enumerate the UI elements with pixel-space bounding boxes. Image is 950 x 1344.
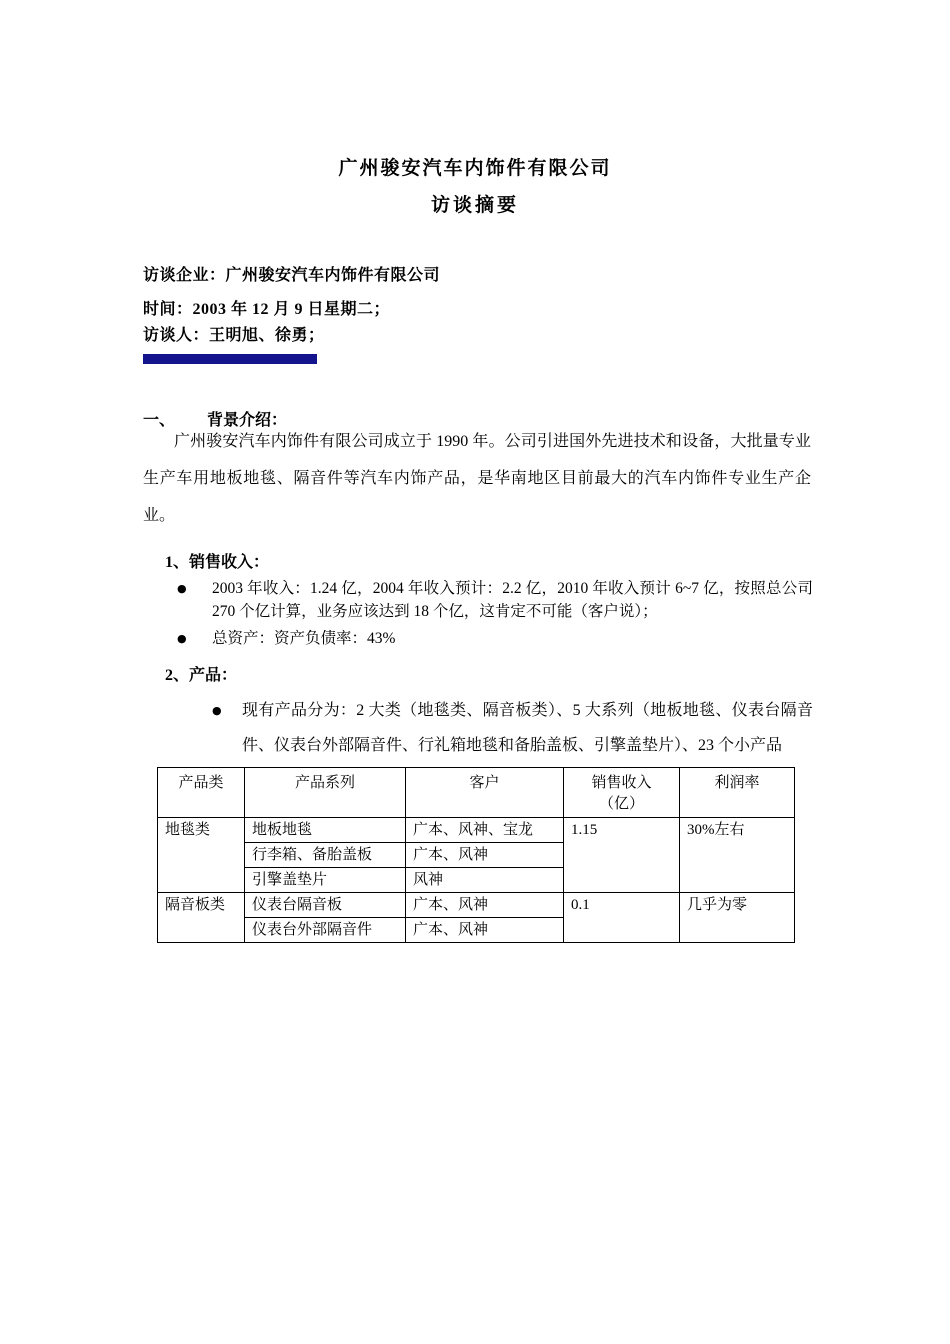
header-revenue-line2: （亿） — [564, 794, 679, 815]
cell-series: 地板地毯 — [245, 818, 406, 843]
cell-series: 引擎盖垫片 — [245, 868, 406, 893]
bullet-icon: ● — [212, 693, 242, 728]
list-item-text: 现有产品分为：2 大类（地毯类、隔音板类）、5 大系列（地板地毯、仪表台隔音件、… — [242, 693, 813, 763]
list-item: ● 2003 年收入：1.24 亿，2004 年收入预计：2.2 亿，2010 … — [177, 577, 813, 623]
product-table: 产品类 产品系列 客户 销售收入 （亿） 利润率 地毯类 地板地毯 广本、风神、… — [157, 767, 795, 943]
list-item-text: 总资产：资产负债率：43% — [212, 627, 813, 650]
cell-series: 仪表台外部隔音件 — [245, 918, 406, 943]
list-item-text: 2003 年收入：1.24 亿，2004 年收入预计：2.2 亿，2010 年收… — [212, 577, 813, 623]
table-header-row: 产品类 产品系列 客户 销售收入 （亿） 利润率 — [158, 768, 795, 818]
header-series: 产品系列 — [245, 768, 406, 818]
products-bullet-item: ● 现有产品分为：2 大类（地毯类、隔音板类）、5 大系列（地板地毯、仪表台隔音… — [212, 693, 813, 763]
revenue-bullet-list: ● 2003 年收入：1.24 亿，2004 年收入预计：2.2 亿，2010 … — [177, 577, 813, 650]
cell-category: 隔音板类 — [158, 893, 245, 943]
cell-customers: 广本、风神 — [406, 893, 564, 918]
intro-paragraph: 广州骏安汽车内饰件有限公司成立于 1990 年。公司引进国外先进技术和设备，大批… — [143, 423, 811, 534]
cell-customers: 广本、风神 — [406, 843, 564, 868]
cell-series: 仪表台隔音板 — [245, 893, 406, 918]
document-page: 广州骏安汽车内饰件有限公司 访谈摘要 访谈企业：广州骏安汽车内饰件有限公司 时间… — [0, 0, 950, 1344]
subsection-label-products: 2、产品： — [165, 662, 237, 685]
list-item: ● 总资产：资产负债率：43% — [177, 627, 813, 650]
header-revenue-line1: 销售收入 — [564, 773, 679, 794]
bullet-icon: ● — [177, 577, 212, 600]
header-customer: 客户 — [406, 768, 564, 818]
cell-revenue: 0.1 — [564, 893, 680, 943]
cell-margin: 几乎为零 — [680, 893, 795, 943]
cell-customers: 广本、风神 — [406, 918, 564, 943]
subsection-label-revenue: 1、销售收入： — [165, 549, 269, 572]
header-margin: 利润率 — [680, 768, 795, 818]
meta-company-line: 访谈企业：广州骏安汽车内饰件有限公司 — [143, 262, 440, 285]
table-row: 隔音板类 仪表台隔音板 广本、风神 0.1 几乎为零 — [158, 893, 795, 918]
table-row: 地毯类 地板地毯 广本、风神、宝龙 1.15 30%左右 — [158, 818, 795, 843]
document-title: 广州骏安汽车内饰件有限公司 — [0, 153, 950, 180]
bullet-icon: ● — [177, 627, 212, 650]
cell-series: 行李箱、备胎盖板 — [245, 843, 406, 868]
meta-interviewer-line: 访谈人：王明旭、徐勇； — [143, 322, 325, 345]
cell-revenue: 1.15 — [564, 818, 680, 893]
accent-bar — [143, 354, 317, 364]
cell-customers: 广本、风神、宝龙 — [406, 818, 564, 843]
header-revenue: 销售收入 （亿） — [564, 768, 680, 818]
meta-time-line: 时间：2003 年 12 月 9 日星期二； — [143, 296, 390, 319]
cell-margin: 30%左右 — [680, 818, 795, 893]
header-category: 产品类 — [158, 768, 245, 818]
document-subtitle: 访谈摘要 — [0, 190, 950, 217]
cell-customers: 风神 — [406, 868, 564, 893]
cell-category: 地毯类 — [158, 818, 245, 893]
